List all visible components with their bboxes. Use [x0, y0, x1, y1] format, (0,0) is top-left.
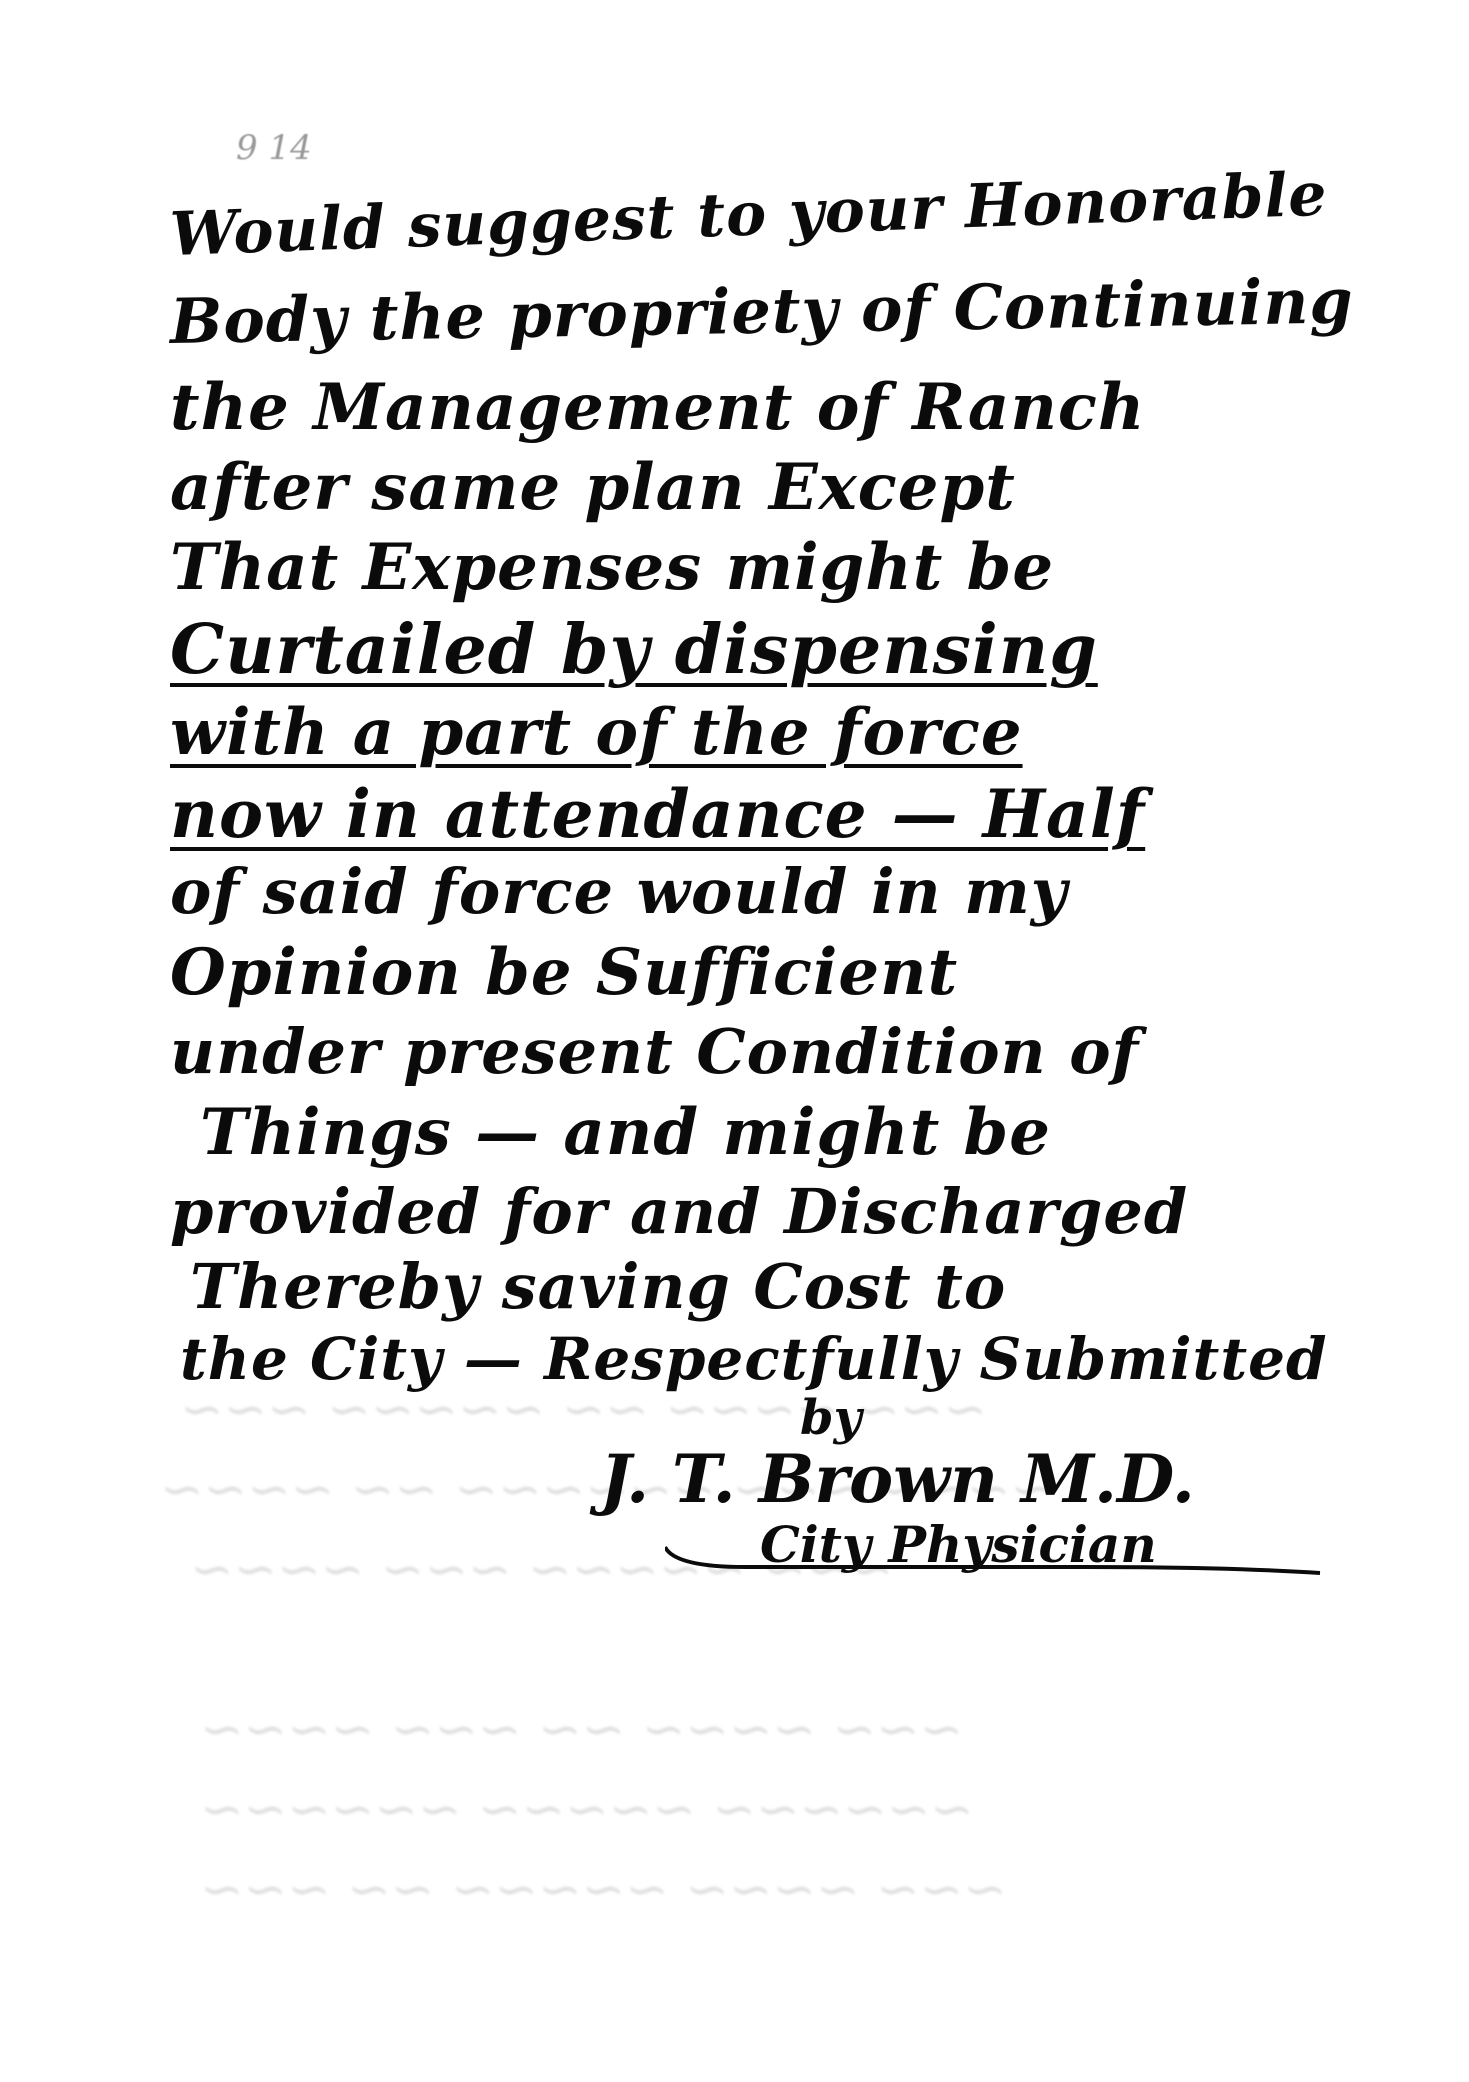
closing-by: by	[800, 1390, 861, 1446]
document-page: ~~~ ~~~~ ~~ ~~~~~ ~~~ ~~~~ ~~~ ~~~~~~ ~~…	[0, 0, 1469, 2082]
letter-line: Things — and might be	[200, 1095, 1051, 1170]
letter-line: Would suggest to your Honorable	[169, 160, 1329, 270]
bleed-through-text: ~~~ ~~~~ ~~ ~~~ ~~~~	[200, 1700, 963, 1760]
page-number-mark: 9 14	[236, 128, 312, 168]
letter-line: That Expenses might be	[170, 530, 1054, 605]
letter-line: Body the propriety of Continuing	[169, 264, 1354, 358]
letter-line: after same plan Except	[170, 450, 1016, 525]
letter-line: provided for and Discharged	[170, 1175, 1188, 1248]
bleed-through-text: ~~~~~~ ~~~~~ ~~~~~~	[200, 1780, 974, 1840]
letter-line: Opinion be Sufficient	[170, 935, 958, 1010]
letter-line: now in attendance — Half	[170, 775, 1145, 853]
letter-line: the City — Respectfully Submitted	[180, 1325, 1328, 1393]
letter-line: Thereby saving Cost to	[190, 1250, 1006, 1323]
signature-flourish	[665, 1545, 1325, 1575]
letter-line: with a part of the force	[170, 695, 1023, 770]
signature: J. T. Brown M.D.	[600, 1440, 1195, 1518]
letter-line: Curtailed by dispensing	[170, 610, 1098, 690]
letter-line: the Management of Ranch	[170, 370, 1145, 445]
letter-line: of said force would in my	[170, 855, 1068, 928]
letter-line: under present Condition of	[170, 1015, 1139, 1088]
bleed-through-text: ~~~ ~~~~ ~~~~~ ~~ ~~~	[200, 1860, 1007, 1920]
